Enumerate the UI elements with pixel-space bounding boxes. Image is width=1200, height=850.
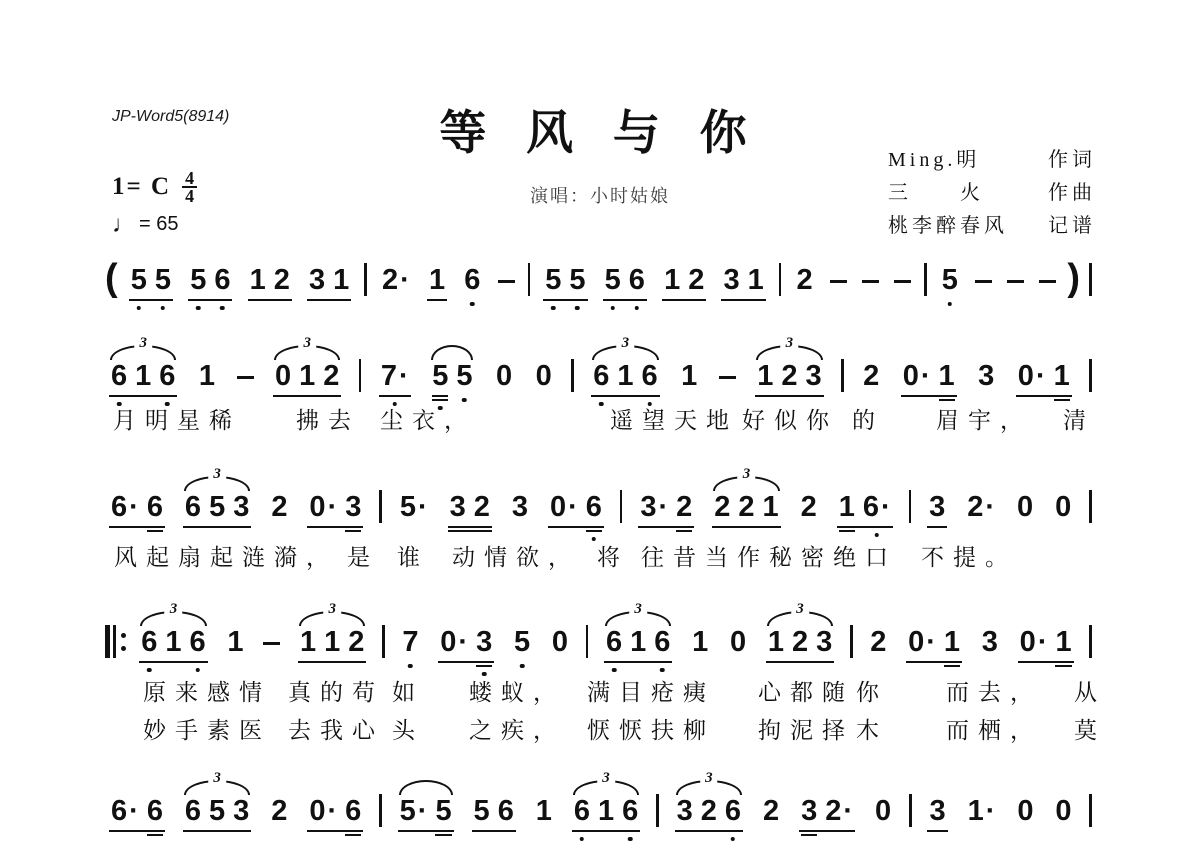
notation-row: 6·6653320·35·3230·63·22213216·32·00: [105, 487, 1094, 523]
augmentation-dot: ·: [400, 264, 410, 296]
note: 3: [341, 491, 365, 523]
credit-role: 作曲: [1048, 177, 1096, 210]
low-octave-dot: [220, 306, 225, 311]
augmentation-dot: ·: [926, 626, 936, 658]
note-number: 5: [209, 795, 225, 827]
note: 5: [510, 626, 534, 658]
augmentation-dot: ·: [1038, 626, 1048, 658]
note: 2: [777, 360, 801, 392]
note-group: 56: [470, 795, 518, 827]
lyric-segment: 清: [1063, 402, 1095, 435]
note-underline: [944, 665, 960, 668]
note: 7·: [377, 360, 413, 392]
lyric-segment: 将: [597, 539, 629, 572]
note: 6: [107, 360, 131, 392]
note-number: 2: [274, 264, 290, 296]
note: 1: [246, 264, 270, 296]
note-group: 0: [1013, 795, 1037, 827]
note: 1: [835, 491, 859, 523]
note: 1: [131, 360, 155, 392]
tempo-marking: ♩ = 65: [112, 213, 178, 236]
note-number: 0: [730, 626, 746, 658]
note-underline: [1054, 399, 1070, 402]
note-group: 16·: [835, 491, 895, 523]
note-number: 6: [185, 491, 201, 523]
note-number: 5: [569, 264, 585, 296]
note-number: 1: [1055, 626, 1071, 658]
note-group: 7·: [377, 360, 413, 392]
lyric-segment: 你: [856, 674, 888, 707]
note-number: 2: [801, 491, 817, 523]
note-underline: [801, 834, 817, 837]
barline: [924, 263, 927, 296]
note: 6: [341, 795, 365, 827]
beam-line: [273, 395, 341, 398]
note: 3: [974, 360, 998, 392]
lyric-segment: 恹恹扶柳: [587, 712, 715, 745]
note: 1·: [964, 795, 1000, 827]
augmentation-dot: ·: [881, 491, 891, 523]
beam-line: [927, 830, 947, 833]
barline: [1089, 625, 1092, 658]
note-number: 2: [271, 491, 287, 523]
note: 2: [697, 795, 721, 827]
note-number: 0: [440, 626, 456, 658]
note-number: 0: [1020, 626, 1036, 658]
note: 0: [492, 360, 516, 392]
tempo-value: = 65: [139, 213, 178, 236]
note: 0·: [904, 626, 940, 658]
note: 0: [1013, 795, 1037, 827]
note-number: 0: [875, 795, 891, 827]
note-group: 56: [601, 264, 649, 296]
note-group: 0·1: [1016, 626, 1076, 658]
triplet-arc: 3: [274, 345, 340, 360]
note-number: 2: [474, 491, 490, 523]
credit-row: 桃李醉春风记谱: [888, 210, 1096, 243]
note-group: 6163: [602, 626, 674, 658]
note-group: 0: [871, 795, 895, 827]
note-number: 1: [944, 626, 960, 658]
note: 2·: [963, 491, 999, 523]
note: 2: [470, 491, 494, 523]
note: 2: [344, 626, 368, 658]
note-number: 5: [605, 264, 621, 296]
lyric-segment: 不提。: [921, 539, 1017, 572]
note: 2: [866, 626, 890, 658]
note-group: 2: [759, 795, 783, 827]
dash-note: [1007, 280, 1024, 284]
note-group: 3·2: [636, 491, 696, 523]
lyric-segment: 满目疮痍: [587, 674, 715, 707]
note-group: 1: [425, 264, 449, 296]
lyric-segment: 莫: [1074, 712, 1106, 745]
low-octave-dot: [610, 306, 615, 311]
note-number: 1: [324, 626, 340, 658]
repeat-sign: [105, 625, 126, 658]
note-underline: [432, 399, 448, 402]
note-number: 0: [1055, 795, 1071, 827]
note-number: 5: [131, 264, 147, 296]
note: 0: [726, 626, 750, 658]
beam-line: [109, 395, 177, 398]
note: 0·: [1016, 626, 1052, 658]
note: 1: [626, 626, 650, 658]
note: 1: [660, 264, 684, 296]
note-number: 3: [929, 491, 945, 523]
triplet-label: 3: [617, 336, 635, 350]
low-octave-dot: [660, 668, 665, 673]
triplet-label: 3: [298, 336, 316, 350]
note: 5: [151, 264, 175, 296]
note-number: 3: [345, 491, 361, 523]
beam-line: [139, 661, 207, 664]
barline: [382, 625, 385, 658]
note-number: 1: [536, 795, 552, 827]
note-number: 2: [323, 360, 339, 392]
low-octave-dot: [731, 837, 736, 842]
low-octave-dot: [408, 664, 413, 669]
beam-line: [712, 526, 780, 529]
low-octave-dot: [875, 533, 880, 538]
note-number: 1: [748, 264, 764, 296]
note-number: 3: [476, 626, 492, 658]
note: 0·: [899, 360, 935, 392]
note-number: 5: [190, 264, 206, 296]
barline: [909, 794, 912, 827]
note-number: 6: [147, 491, 163, 523]
note: 6: [494, 795, 518, 827]
note: 6: [602, 626, 626, 658]
note: 6: [582, 491, 606, 523]
augmentation-dot: ·: [327, 795, 337, 827]
note-group: 0·6: [546, 491, 606, 523]
note: 1: [613, 360, 637, 392]
note-number: 0: [1017, 795, 1033, 827]
lyric-segment: 尘衣，: [380, 402, 476, 435]
beam-line: [188, 299, 232, 302]
note: 3: [472, 626, 496, 658]
note-group: 2·: [963, 491, 999, 523]
lyric-segment: 木: [856, 712, 888, 745]
barline: [909, 490, 912, 523]
lyric-segment: 蝼蚁，: [469, 674, 565, 707]
note: 1: [688, 626, 712, 658]
beam-line: [307, 830, 363, 833]
note-group: 31: [305, 264, 353, 296]
note-number: 1: [165, 626, 181, 658]
dash-note: [263, 642, 280, 646]
barline: [528, 263, 531, 296]
note-number: 6: [629, 264, 645, 296]
note-group: 2: [797, 491, 821, 523]
note: 6: [186, 626, 210, 658]
note-number: 6: [214, 264, 230, 296]
note-number: 1: [333, 264, 349, 296]
triplet-label: 3: [208, 771, 226, 785]
note-number: 2: [701, 795, 717, 827]
note-group: 0·1: [1014, 360, 1074, 392]
lyric-segment: 从: [1074, 674, 1106, 707]
note: 3: [925, 491, 949, 523]
note-number: 3: [640, 491, 656, 523]
triplet-arc: 3: [184, 476, 250, 491]
dash-note: [237, 376, 254, 380]
note: 6: [210, 264, 234, 296]
note-group: 1123: [296, 626, 368, 658]
note-number: 0: [496, 360, 512, 392]
note: 1: [296, 626, 320, 658]
triplet-label: 3: [629, 602, 647, 616]
note: 5: [186, 264, 210, 296]
note-number: 3: [929, 795, 945, 827]
lyrics-row: 妙手素医去我心头之疾，恹恹扶柳拘泥择木而栖，莫: [105, 712, 1094, 742]
low-octave-dot: [628, 837, 633, 842]
triplet-arc: 3: [184, 780, 250, 795]
lyric-segment: 动情欲，: [452, 539, 580, 572]
lyric-segment: 的: [852, 402, 884, 435]
note: 1: [223, 626, 247, 658]
note-underline: [345, 530, 361, 533]
note-group: 0: [1051, 795, 1075, 827]
note: 3: [305, 264, 329, 296]
augmentation-dot: ·: [129, 795, 139, 827]
note: 6: [721, 795, 745, 827]
beam-line: [438, 661, 494, 664]
lyric-segment: 往昔当作秘密: [641, 539, 833, 572]
note-number: 3: [801, 795, 817, 827]
augmentation-dot: ·: [129, 491, 139, 523]
lyric-segment: 眉宇，: [936, 402, 1032, 435]
triplet-label: 3: [165, 602, 183, 616]
note: 1: [753, 360, 777, 392]
lyric-segment: 遥望天地: [610, 402, 738, 435]
triplet-label: 3: [791, 602, 809, 616]
triplet-label: 3: [738, 467, 756, 481]
note-number: 6: [147, 795, 163, 827]
lyric-segment: 之疾，: [469, 712, 565, 745]
note-number: 6: [725, 795, 741, 827]
low-octave-dot: [580, 837, 585, 842]
note: 3·: [636, 491, 672, 523]
note-number: 1: [299, 360, 315, 392]
music-line-4: 61631112370·350616310123320·130·1 原来感情真的…: [105, 622, 1094, 658]
note: 0: [1013, 491, 1037, 523]
time-signature: 4 4: [182, 170, 197, 204]
note-number: 1: [692, 626, 708, 658]
dash-note: [498, 280, 515, 284]
notation-row: 6·6653320·65·556161633263232·031·00: [105, 791, 1094, 827]
note: 6·: [107, 795, 143, 827]
note: 0·: [1014, 360, 1050, 392]
note-number: 1: [664, 264, 680, 296]
credit-name: Ming.明: [888, 144, 980, 177]
note: 3: [797, 795, 821, 827]
note-group: 3: [974, 360, 998, 392]
tie-arc: [399, 780, 453, 795]
note-number: 1: [227, 626, 243, 658]
note: 0: [1051, 491, 1075, 523]
note: 1: [594, 795, 618, 827]
notation-row: 61631112370·350616310123320·130·1: [105, 622, 1094, 658]
note-group: 6533: [181, 795, 253, 827]
note-group: 0·1: [899, 360, 959, 392]
lyric-segment: 绝口: [833, 539, 897, 572]
beam-line: [398, 830, 454, 833]
note-number: 3: [806, 360, 822, 392]
note: 1: [1050, 360, 1074, 392]
note-underline: [435, 834, 451, 837]
quarter-note-icon: ♩: [112, 214, 136, 236]
note: 3: [978, 626, 1002, 658]
credit-name: 桃李醉春风: [888, 210, 1008, 243]
note-group: 6163: [589, 360, 661, 392]
dash-note: [975, 280, 992, 284]
note: 0: [1051, 795, 1075, 827]
note-number: 3: [309, 264, 325, 296]
note: 0·: [305, 795, 341, 827]
credit-role: 作词: [1048, 144, 1096, 177]
note-group: 3: [978, 626, 1002, 658]
low-octave-dot: [147, 668, 152, 673]
note: 6: [589, 360, 613, 392]
triplet-arc: 3: [605, 611, 671, 626]
note: 6: [637, 360, 661, 392]
note-group: 0: [726, 626, 750, 658]
note-number: 2: [688, 264, 704, 296]
note-group: 0·1: [904, 626, 964, 658]
note: 2: [793, 264, 817, 296]
note: 0: [532, 360, 556, 392]
note-underline: [345, 834, 361, 837]
parenthesis: ): [1067, 260, 1080, 296]
low-octave-dot: [612, 668, 617, 673]
barline: [359, 359, 362, 392]
note-underline: [432, 395, 448, 398]
note: 2: [859, 360, 883, 392]
triplet-label: 3: [781, 336, 799, 350]
lyric-segment: 如: [392, 674, 424, 707]
note-number: 1: [763, 491, 779, 523]
lyric-segment: 头: [392, 712, 424, 745]
barline: [571, 359, 574, 392]
key-signature: 1= C 4 4: [112, 170, 197, 204]
note: 0·: [305, 491, 341, 523]
note-group: 6533: [181, 491, 253, 523]
beam-line: [927, 526, 947, 529]
note: 3: [446, 491, 470, 523]
lyric-segment: 好似你: [742, 402, 838, 435]
note-number: 6: [863, 491, 879, 523]
note-number: 6: [622, 795, 638, 827]
note-underline: [147, 834, 163, 837]
low-octave-dot: [161, 306, 166, 311]
beam-line: [766, 661, 834, 664]
parenthesis: (: [105, 260, 118, 296]
note: 2: [734, 491, 758, 523]
note-number: 6: [586, 491, 602, 523]
barline: [779, 263, 782, 296]
triplet-arc: 3: [756, 345, 822, 360]
beam-line: [109, 526, 165, 529]
note-number: 1: [968, 795, 984, 827]
note-number: 6: [190, 626, 206, 658]
note-number: 0: [908, 626, 924, 658]
note-number: 6: [641, 360, 657, 392]
note-group: 56: [186, 264, 234, 296]
note-group: 7: [398, 626, 422, 658]
note-group: 3: [925, 491, 949, 523]
note-underline: [586, 530, 602, 533]
note: 1: [425, 264, 449, 296]
lyrics-row: 风起扇起涟漪，是谁动情欲，将往昔当作秘密绝口不提。: [105, 539, 1094, 569]
note-number: 5: [432, 360, 448, 392]
note: 5: [428, 360, 452, 392]
note-number: 1: [135, 360, 151, 392]
note-group: 5: [938, 264, 962, 296]
notation-row: 6163101237·550061631123320·130·1: [105, 356, 1094, 392]
notation-row: (555612312·165556123125): [105, 260, 1094, 296]
note-number: 2: [348, 626, 364, 658]
note: 5: [431, 795, 455, 827]
note-number: 1: [630, 626, 646, 658]
beam-line: [298, 661, 366, 664]
beam-line: [248, 299, 292, 302]
lyric-segment: 月明星稀: [113, 402, 241, 435]
note-underline: [476, 665, 492, 668]
beam-line: [572, 830, 640, 833]
note-number: 6: [185, 795, 201, 827]
note-number: 2: [863, 360, 879, 392]
note: 1: [1051, 626, 1075, 658]
lyric-segment: 而去，: [946, 674, 1042, 707]
note: 5: [470, 795, 494, 827]
note: 5: [938, 264, 962, 296]
note-number: 6: [111, 360, 127, 392]
note-number: 3: [450, 491, 466, 523]
low-octave-dot: [551, 306, 556, 311]
note-number: 5: [155, 264, 171, 296]
note-number: 1: [300, 626, 316, 658]
note: 6: [618, 795, 642, 827]
triplet-arc: 3: [592, 345, 658, 360]
note-underline: [676, 530, 692, 533]
beam-line: [662, 299, 706, 302]
note: 6: [570, 795, 594, 827]
note-group: 3: [508, 491, 532, 523]
note-group: 0: [1013, 491, 1037, 523]
barline: [364, 263, 367, 296]
credits: Ming.明作词三 火作曲桃李醉春风记谱: [888, 144, 1096, 243]
note-number: 3: [512, 491, 528, 523]
note: 6·: [859, 491, 895, 523]
note-group: 0·3: [305, 491, 365, 523]
beam-line: [901, 395, 957, 398]
note-number: 1: [681, 360, 697, 392]
credit-name: 三 火: [888, 177, 984, 210]
beam-line: [307, 526, 363, 529]
note-group: 2·: [378, 264, 414, 296]
note-underline: [839, 530, 855, 533]
lyric-segment: 拘泥择: [758, 712, 854, 745]
lyric-segment: 妙手素医: [143, 712, 271, 745]
dash-note: [894, 280, 911, 284]
note-number: 5: [942, 264, 958, 296]
beam-line: [307, 299, 351, 302]
note-group: 1233: [764, 626, 836, 658]
note: 3: [925, 795, 949, 827]
note-number: 0: [903, 360, 919, 392]
